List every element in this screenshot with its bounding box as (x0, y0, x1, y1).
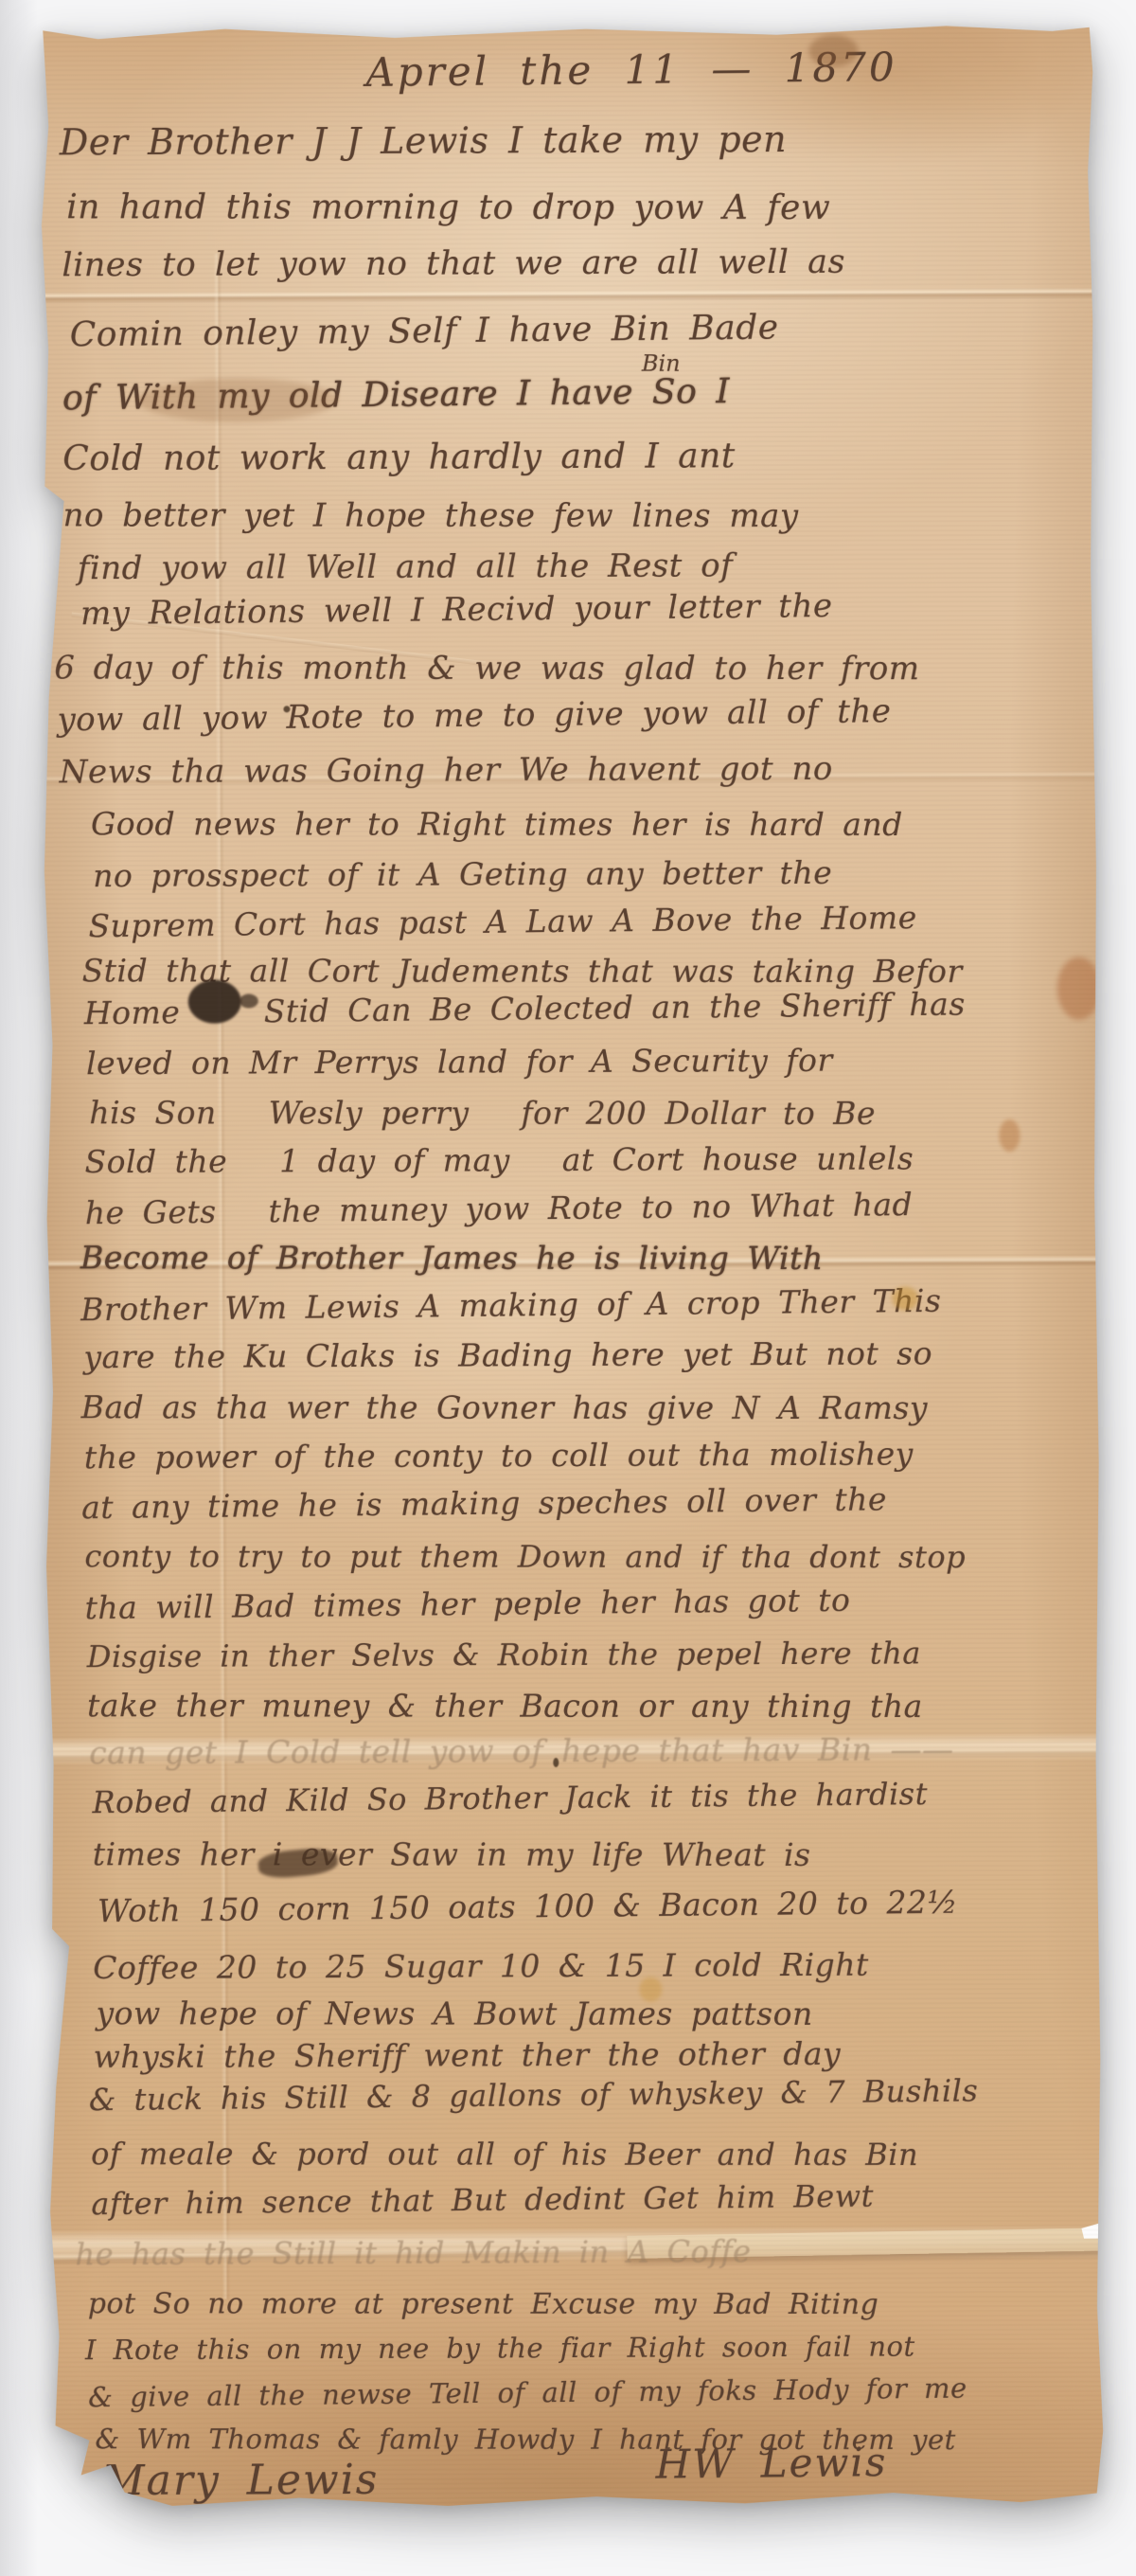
letter-line: conty to try to put them Down and if tha… (84, 1538, 966, 1575)
letter-line: HW Lewis (655, 2439, 887, 2488)
letter-line: Coffee 20 to 25 Sugar 10 & 15 I cold Rig… (93, 1946, 869, 1987)
letter-line: yow hepe of News A Bowt James pattson (96, 1995, 812, 2032)
letter-line: News tha was Going her We havent got no (60, 750, 833, 792)
letter-line: he Gets the muney yow Rote to no What ha… (85, 1186, 914, 1231)
letter-line: pot So no more at present Excuse my Bad … (88, 2287, 879, 2321)
letter-line: 6 day of this month & we was glad to her… (54, 649, 919, 688)
letter-paper: Aprel the 11 — 1870Der Brother J J Lewis… (34, 23, 1105, 2511)
letter-line: Sold the 1 day of may at Cort house unle… (84, 1139, 914, 1180)
letter-body: Aprel the 11 — 1870Der Brother J J Lewis… (34, 23, 1105, 2511)
letter-line: Become of Brother James he is living Wit… (80, 1239, 824, 1277)
letter-line: lines to let yow no that we are all well… (62, 243, 845, 285)
letter-line: leved on Mr Perrys land for A Security f… (86, 1042, 833, 1082)
letter-line: Brother Wm Lewis A making of A crop Ther… (80, 1282, 942, 1329)
letter-line: & tuck his Still & 8 gallons of whyskey … (89, 2072, 979, 2118)
letter-line: Woth 150 corn 150 oats 100 & Bacon 20 to… (98, 1884, 958, 1930)
letter-line: after him sence that But dedint Get him … (91, 2178, 874, 2223)
letter-line: Suprem Cort has past A Law A Bove the Ho… (88, 899, 917, 944)
letter-line: times her i ever Saw in my life Wheat is (93, 1835, 811, 1873)
letter-photo: Aprel the 11 — 1870Der Brother J J Lewis… (34, 23, 1105, 2511)
letter-line: Bad as tha wer the Govner has give N A R… (81, 1388, 928, 1426)
letter-line: no better yet I hope these few lines may (63, 496, 799, 535)
letter-line: whyski the Sheriff went ther the other d… (94, 2035, 842, 2075)
letter-line: his Son Wesly perry for 200 Dollar to Be (89, 1094, 876, 1132)
letter-line: my Relations well I Recivd your letter t… (80, 587, 833, 633)
letter-line: take ther muney & ther Bacon or any thin… (87, 1687, 923, 1725)
letter-line: tha will Bad times her peple her has got… (84, 1582, 850, 1626)
letter-line: no prosspect of it A Geting any better t… (93, 854, 832, 894)
letter-line: of With my old Diseare I have So I (62, 372, 730, 418)
letter-line: Good news her to Right times her is hard… (91, 805, 903, 843)
letter-line: Stid that all Cort Judements that was ta… (82, 952, 963, 990)
letter-line: yow all yow Rote to me to give yow all o… (57, 692, 891, 739)
letter-line: of meale & pord out all of his Beer and … (91, 2136, 918, 2173)
letter-line: & give all the newse Tell of all of my f… (88, 2372, 967, 2414)
letter-line: Disgise in ther Selvs & Robin the pepel … (87, 1635, 921, 1674)
letter-line: Cold not work any hardly and I ant (62, 437, 736, 478)
letter-line: the power of the conty to coll out tha m… (84, 1435, 914, 1476)
scan-background-gutter (0, 0, 38, 2576)
letter-line: at any time he is making speches oll ove… (81, 1480, 887, 1526)
letter-line: in hand this morning to drop yow A few (66, 188, 830, 227)
letter-line: Robed and Kild So Brother Jack it tis th… (92, 1776, 928, 1820)
letter-line: Comin onley my Self I have Bin Bade (69, 308, 778, 354)
letter-line: Aprel the 11 — 1870 (365, 44, 897, 96)
letter-line: Home Stid Can Be Colected an the Sheriff… (84, 985, 966, 1031)
letter-line: yare the Ku Claks is Bading here yet But… (83, 1334, 932, 1375)
letter-line: I Rote this on my nee by the fiar Right … (85, 2330, 915, 2366)
letter-line: can get I Cold tell yow of hepe that hav… (89, 1730, 953, 1771)
letter-line: find yow all Well and all the Rest of (78, 546, 734, 587)
letter-line: Der Brother J J Lewis I take my pen (60, 118, 787, 163)
letter-line: he has the Still it hid Makin in A Coffe (75, 2233, 751, 2272)
letter-line: Mary Lewis (101, 2456, 379, 2505)
